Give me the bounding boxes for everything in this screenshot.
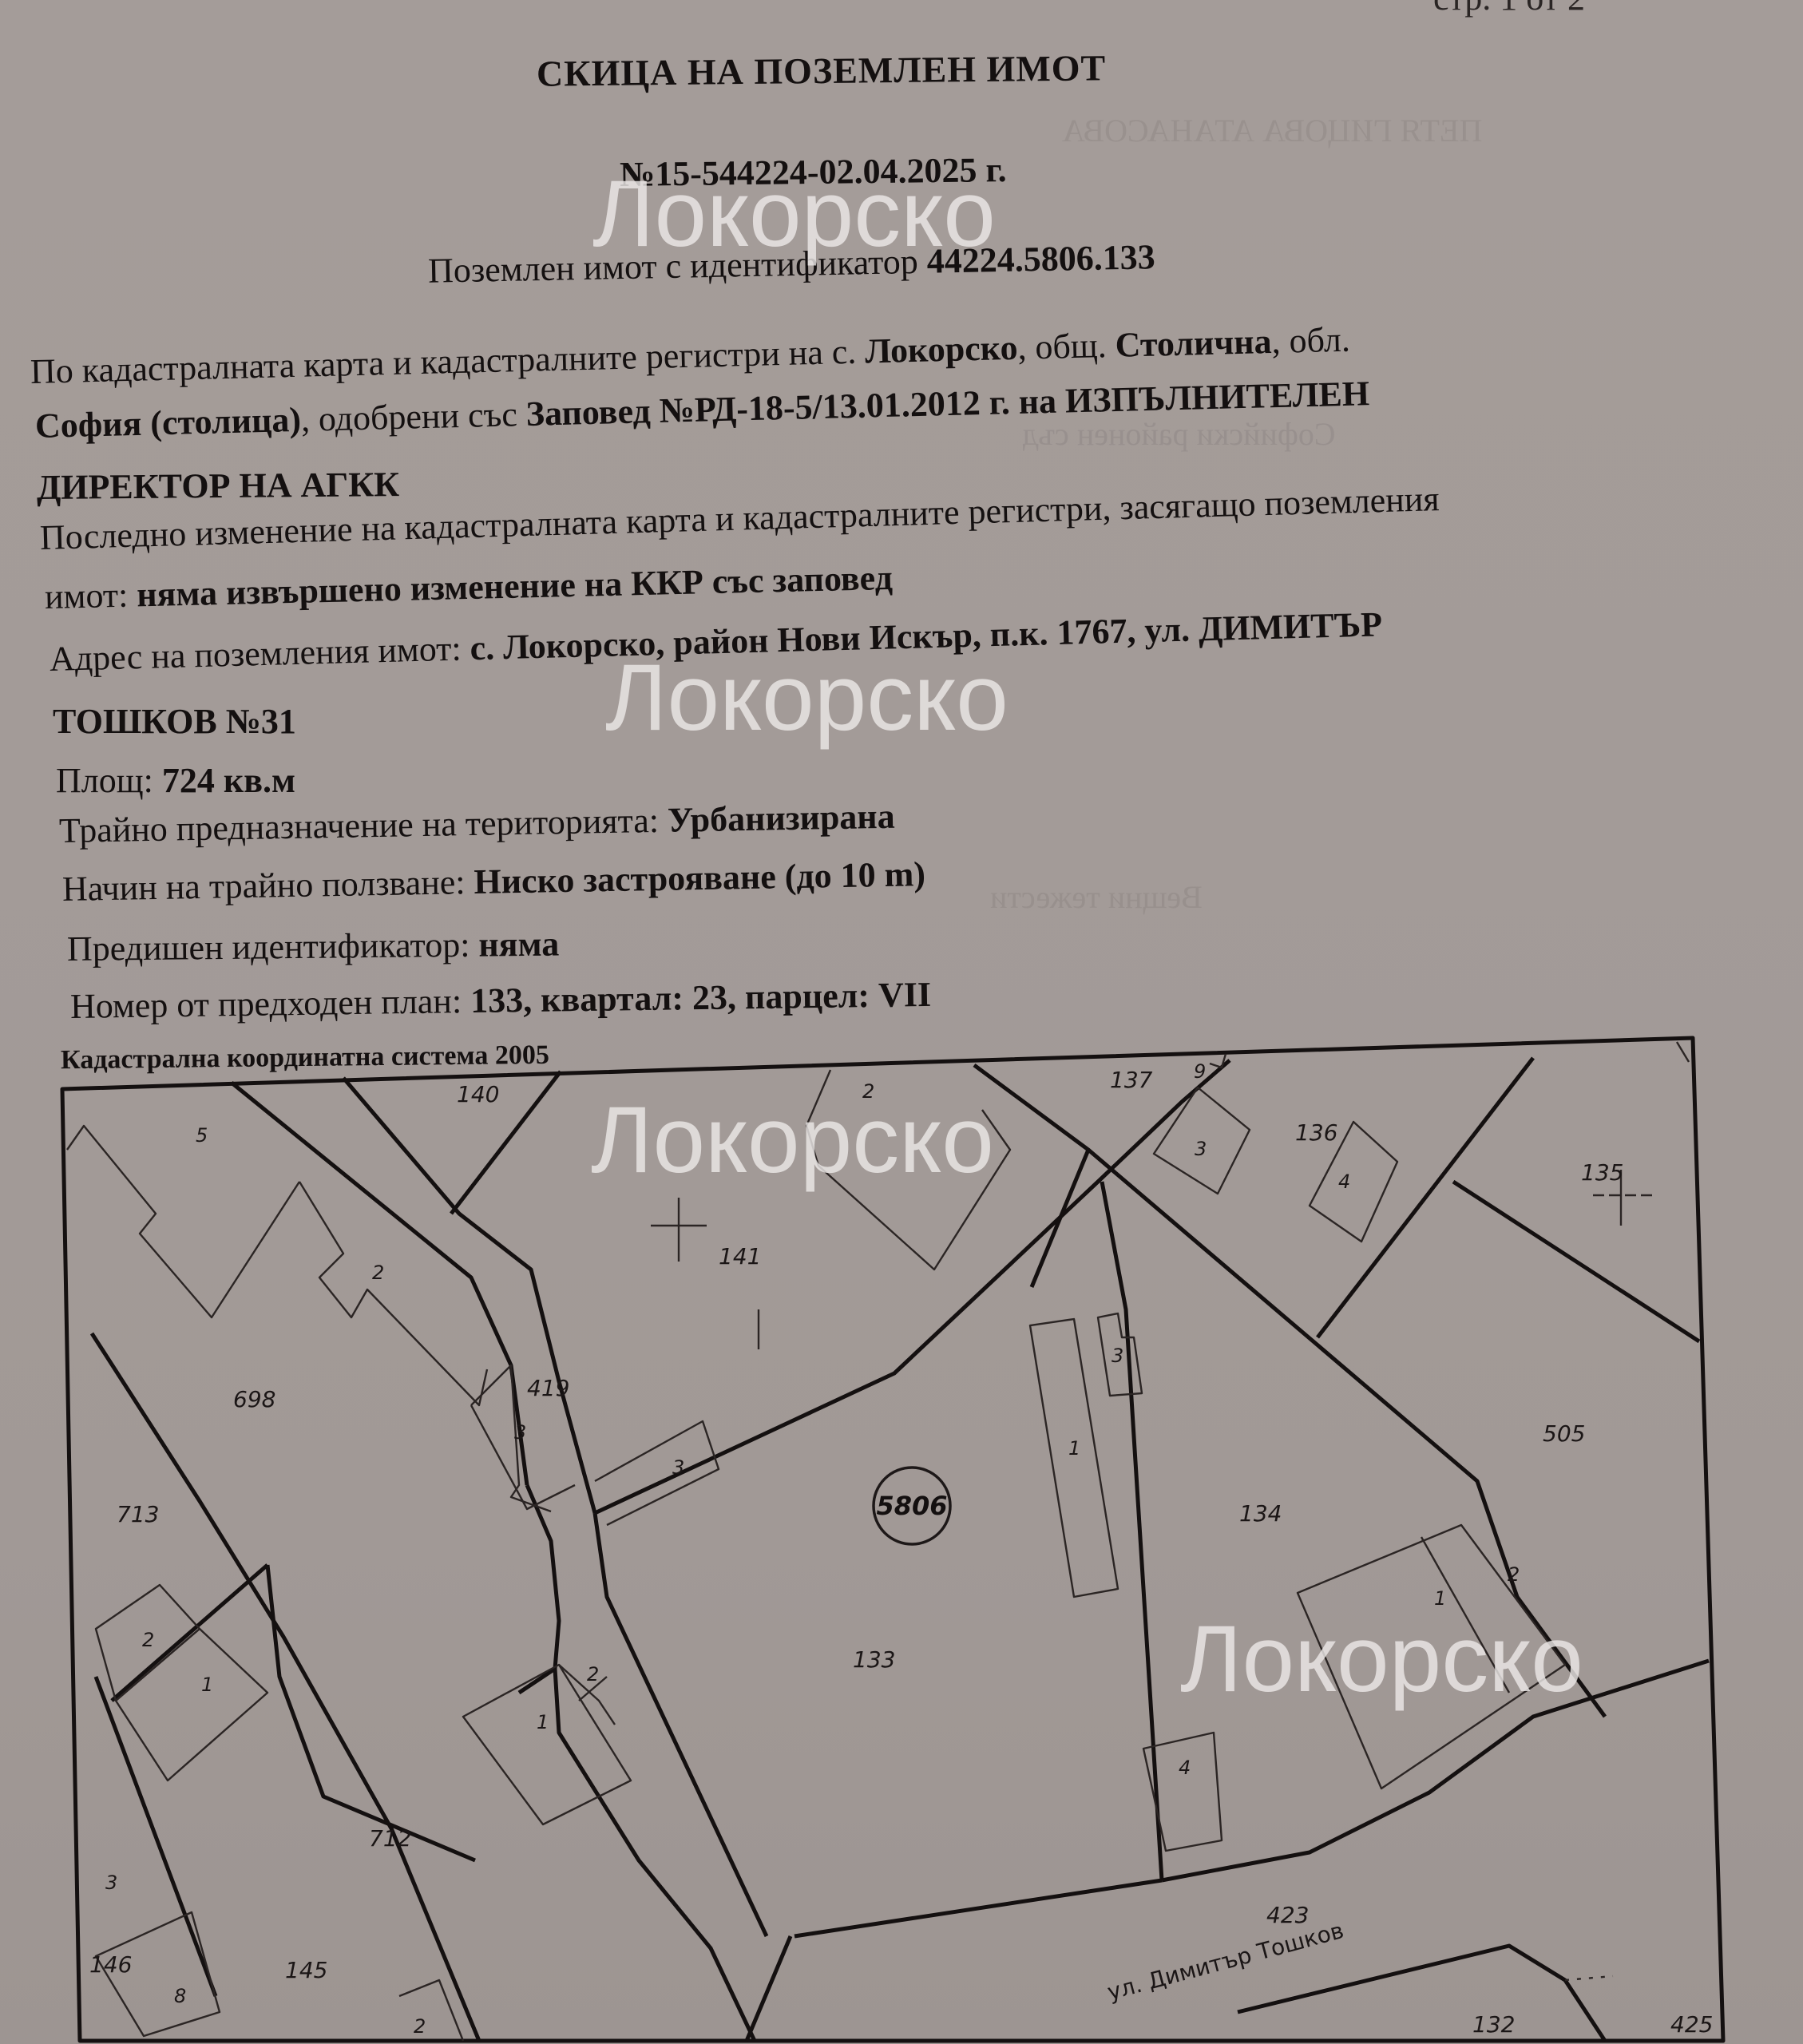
building-label: 9 — [1194, 1060, 1206, 1083]
parcel-label: 135 — [1581, 1159, 1623, 1186]
watermark: Локорско — [1180, 1605, 1583, 1713]
parcel-label: 712 — [369, 1825, 411, 1852]
parcel-label: 132 — [1472, 2011, 1515, 2038]
building-label: 3 — [1195, 1138, 1207, 1160]
parcel-labels: 140 141 137 136 135 698 419 713 133 134 … — [89, 1067, 1713, 2038]
building-labels: 5 2 2 3 3 3 4 9 3 1 1 2 2 1 1 2 4 3 8 2 — [105, 1060, 1520, 2038]
parcel-label: 137 — [1110, 1067, 1153, 1093]
building-label: 5 — [196, 1124, 208, 1147]
building-label: 2 — [142, 1629, 154, 1651]
parcel-boundaries — [92, 1058, 1709, 2041]
building-label: 2 — [1508, 1563, 1520, 1586]
building-label: 2 — [587, 1663, 599, 1686]
watermark: Локорско — [605, 644, 1008, 752]
parcel-label: 425 — [1670, 2011, 1713, 2038]
parcel-label: 141 — [719, 1243, 761, 1270]
parcel-label: 423 — [1266, 1902, 1309, 1928]
parcel-label: 698 — [233, 1386, 275, 1412]
parcel-label: 136 — [1295, 1119, 1337, 1146]
watermark: Локорско — [591, 1086, 994, 1194]
building-label: 3 — [105, 1872, 117, 1894]
building-label: 2 — [372, 1262, 384, 1284]
parcel-label: 140 — [457, 1081, 499, 1107]
watermark: Локорско — [592, 160, 996, 268]
cadastral-zone-label: 5806 — [876, 1491, 947, 1521]
parcel-label: 713 — [117, 1501, 159, 1527]
parcel-label: 133 — [853, 1646, 895, 1673]
cadastral-map: 5806 140 141 137 136 135 698 419 713 133… — [0, 0, 1803, 2044]
building-label: 3 — [672, 1456, 684, 1479]
building-label: 1 — [201, 1674, 213, 1696]
building-label: 1 — [1068, 1437, 1080, 1460]
building-label: 3 — [514, 1421, 526, 1444]
parcel-label: 145 — [285, 1957, 327, 1983]
parcel-label: 146 — [89, 1951, 132, 1978]
street-name: ул. Димитър Тошков — [1104, 1917, 1346, 2006]
parcel-label: 505 — [1543, 1420, 1585, 1447]
building-label: 4 — [1179, 1757, 1191, 1779]
document-page: ПЕТЯ ГИЦОВА АТАНАСОВА Софийски районен с… — [0, 0, 1803, 2044]
building-label: 8 — [174, 1985, 186, 2007]
survey-cross-icon — [651, 1170, 1653, 1349]
building-label: 2 — [414, 2015, 426, 2038]
building-label: 3 — [1112, 1345, 1123, 1367]
parcel-label: 134 — [1239, 1500, 1282, 1527]
building-label: 4 — [1338, 1171, 1350, 1193]
building-label: 1 — [537, 1711, 549, 1733]
dotted-boundary — [1565, 1976, 1613, 1980]
parcel-label: 419 — [527, 1375, 569, 1401]
